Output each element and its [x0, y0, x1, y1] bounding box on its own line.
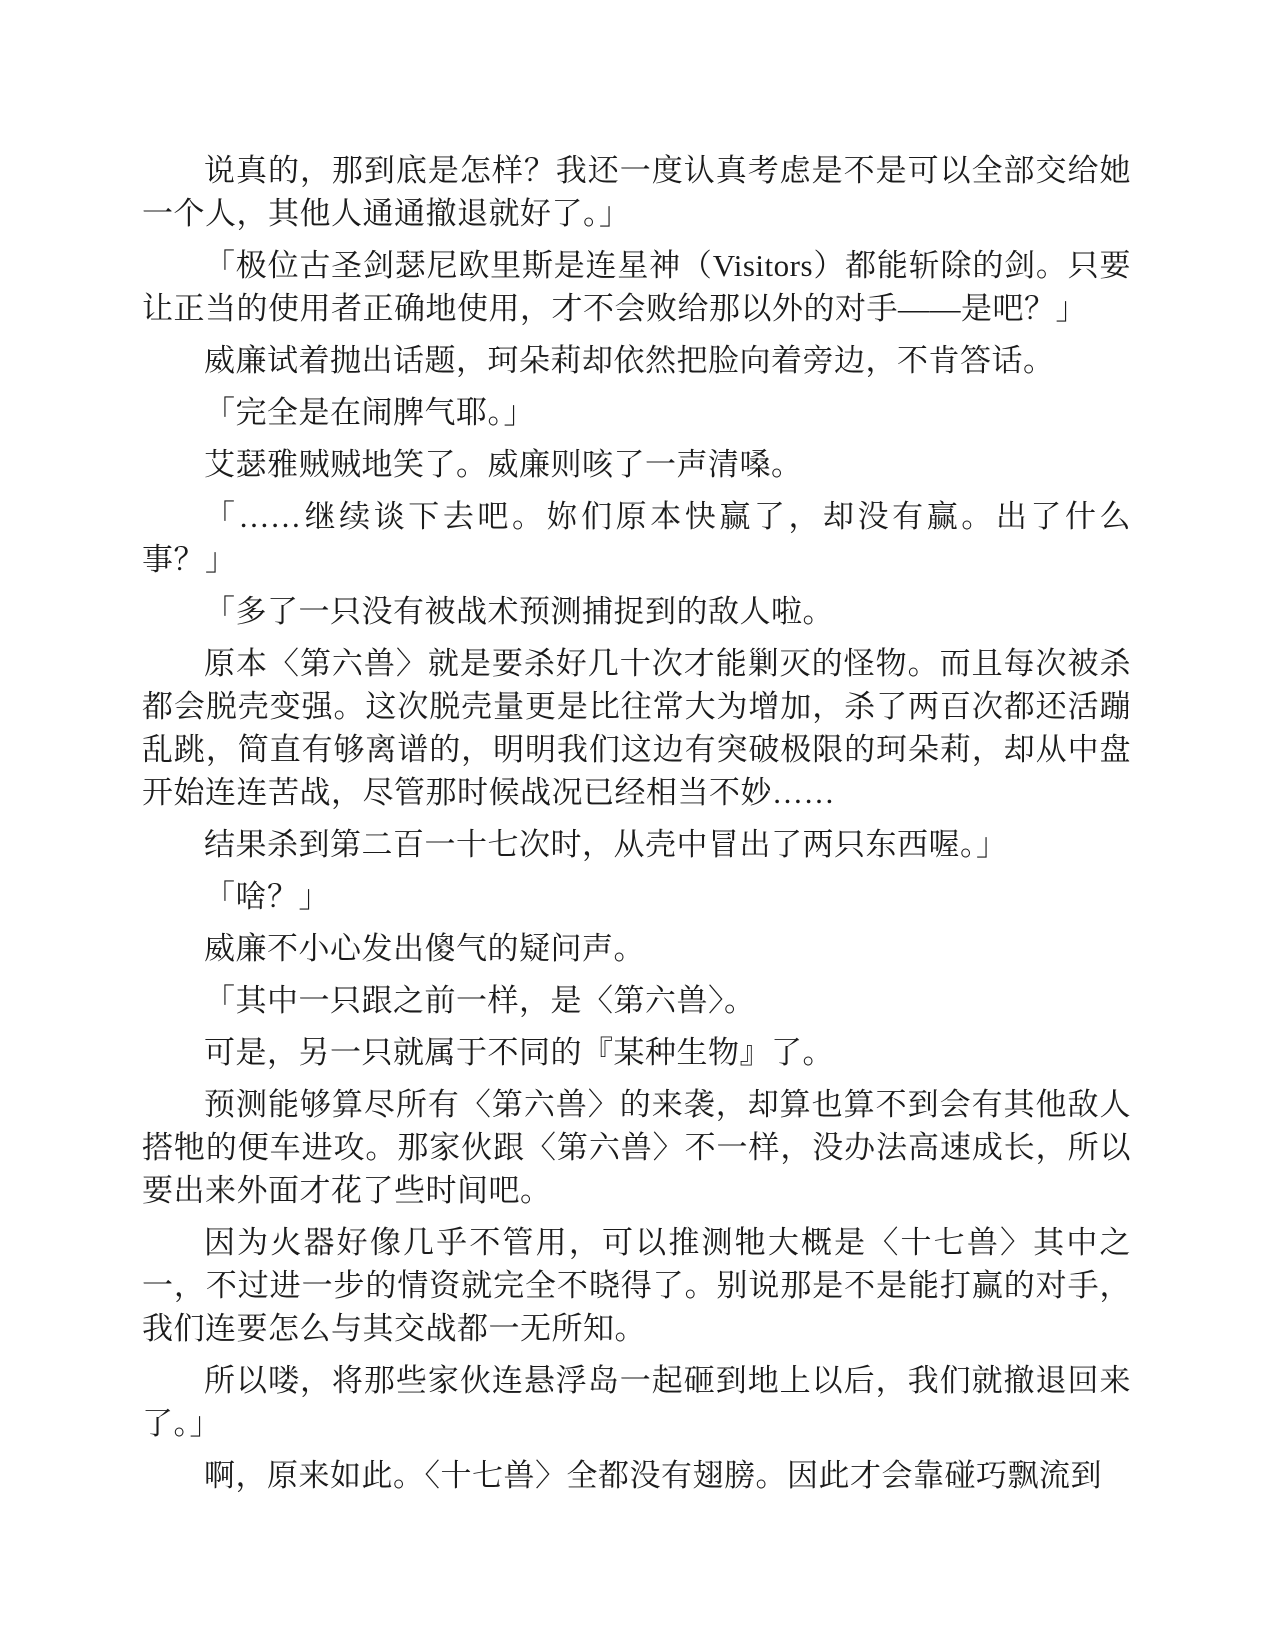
paragraph: 威廉试着抛出话题，珂朵莉却依然把脸向着旁边，不肯答话。 — [142, 339, 1131, 382]
paragraph: 原本〈第六兽〉就是要杀好几十次才能剿灭的怪物。而且每次被杀都会脱壳变强。这次脱壳… — [142, 642, 1131, 814]
paragraph: 「极位古圣剑瑟尼欧里斯是连星神（Visitors）都能斩除的剑。只要让正当的使用… — [142, 244, 1131, 330]
paragraph: 预测能够算尽所有〈第六兽〉的来袭，却算也算不到会有其他敌人搭牠的便车进攻。那家伙… — [142, 1083, 1131, 1212]
paragraph: 「其中一只跟之前一样，是〈第六兽〉。 — [142, 979, 1131, 1022]
paragraph: 因为火器好像几乎不管用，可以推测牠大概是〈十七兽〉其中之一，不过进一步的情资就完… — [142, 1221, 1131, 1350]
paragraph: 啊，原来如此。〈十七兽〉全都没有翅膀。因此才会靠碰巧飘流到 — [142, 1454, 1131, 1497]
novel-page: 说真的，那到底是怎样？我还一度认真考虑是不是可以全部交给她一个人，其他人通通撤退… — [0, 0, 1275, 1650]
paragraph: 可是，另一只就属于不同的『某种生物』了。 — [142, 1031, 1131, 1074]
paragraph: 结果杀到第二百一十七次时，从壳中冒出了两只东西喔。」 — [142, 823, 1131, 866]
paragraph: 「完全是在闹脾气耶。」 — [142, 391, 1131, 434]
paragraph: 「多了一只没有被战术预测捕捉到的敌人啦。 — [142, 590, 1131, 633]
paragraph: 说真的，那到底是怎样？我还一度认真考虑是不是可以全部交给她一个人，其他人通通撤退… — [142, 149, 1131, 235]
paragraph: 威廉不小心发出傻气的疑问声。 — [142, 927, 1131, 970]
paragraph: 所以喽，将那些家伙连悬浮岛一起砸到地上以后，我们就撤退回来了。」 — [142, 1359, 1131, 1445]
paragraph: 「啥？」 — [142, 875, 1131, 918]
paragraph: 艾瑟雅贼贼地笑了。威廉则咳了一声清嗓。 — [142, 443, 1131, 486]
paragraph: 「……继续谈下去吧。妳们原本快赢了，却没有赢。出了什么事？」 — [142, 495, 1131, 581]
